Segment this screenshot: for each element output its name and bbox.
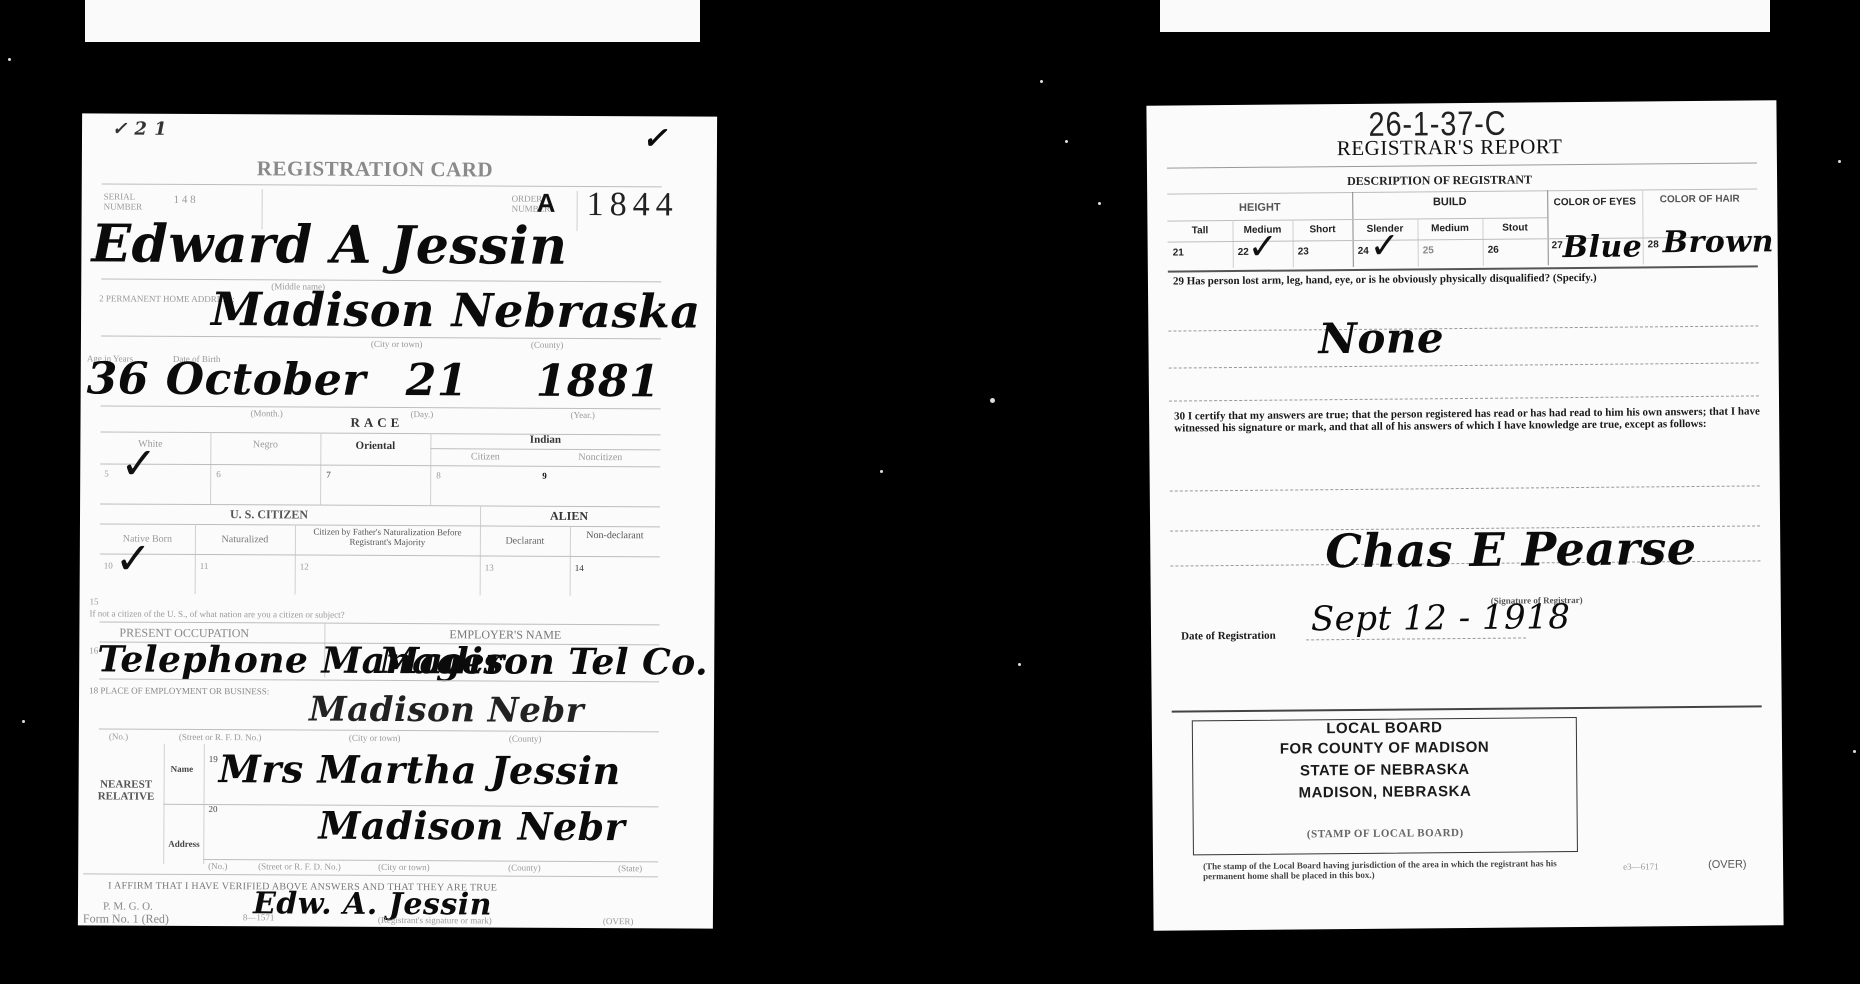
nationality-question: If not a citizen of the U. S., of what n… [89, 608, 344, 619]
registrars-report-card: 26-1-37-C REGISTRAR'S REPORT DESCRIPTION… [1146, 100, 1783, 930]
race-white-check-icon: ✓ [120, 439, 157, 490]
employment-place-label: 18 PLACE OF EMPLOYMENT OR BUSINESS: [89, 685, 269, 696]
dob-year: 1881 [536, 356, 661, 408]
registrar-signature: Chas E Pearse [1325, 521, 1697, 578]
q29-text: 29 Has person lost arm, leg, hand, eye, … [1173, 270, 1763, 287]
card-title: REGISTRATION CARD [257, 156, 493, 182]
order-prefix: A [537, 188, 556, 219]
permanent-address: Madison Nebraska [211, 282, 701, 339]
employment-place-value: Madison Nebr [309, 690, 584, 731]
hair-color-value: Brown [1662, 224, 1774, 260]
relative-name-value: Mrs Martha Jessin [219, 746, 621, 793]
serial-value: 1 4 8 [174, 194, 196, 206]
form-number: Form No. 1 (Red) [83, 911, 169, 926]
native-born-check-icon: ✓ [115, 534, 152, 585]
local-board-stamp-box: LOCAL BOARD FOR COUNTY OF MADISON STATE … [1192, 717, 1578, 855]
q30-certification-text: 30 I certify that my answers are true; t… [1174, 405, 1764, 434]
relative-address-value: Madison Nebr [318, 803, 625, 850]
race-heading: RACE [350, 415, 403, 431]
age-value: 36 [87, 353, 150, 404]
dob-month: October [166, 354, 366, 406]
verified-check-icon: ✓ [642, 121, 668, 156]
height-medium-check-icon: ✓ [1247, 227, 1278, 268]
registration-card: ✓ 2 1 ✓ REGISTRATION CARD SERIAL NUMBER … [78, 113, 717, 928]
corner-mark: ✓ 2 1 [112, 119, 167, 140]
employer-value: Madison Tel Co. [379, 640, 708, 684]
report-title: REGISTRAR'S REPORT [1337, 134, 1563, 161]
us-citizen-heading: U. S. CITIZEN [230, 507, 308, 522]
registrant-name: Edward A Jessin [91, 213, 567, 276]
previous-card-left-edge [85, 0, 700, 42]
eye-color-value: Blue [1563, 229, 1643, 265]
build-slender-check-icon: ✓ [1369, 226, 1400, 267]
nearest-relative-label: NEAREST RELATIVE [89, 778, 164, 802]
alien-heading: ALIEN [550, 509, 588, 524]
description-heading: DESCRIPTION OF REGISTRANT [1347, 172, 1532, 189]
date-of-registration-label: Date of Registration [1181, 630, 1276, 643]
serial-label: SERIAL NUMBER [104, 191, 154, 211]
order-number: 1844 [587, 186, 679, 224]
previous-card-right-edge [1160, 0, 1770, 32]
dob-day: 21 [406, 355, 469, 406]
q29-answer: None [1318, 313, 1444, 363]
stamp-note: (The stamp of the Local Board having jur… [1203, 858, 1573, 881]
date-of-registration-value: Sept 12 - 1918 [1311, 597, 1571, 639]
